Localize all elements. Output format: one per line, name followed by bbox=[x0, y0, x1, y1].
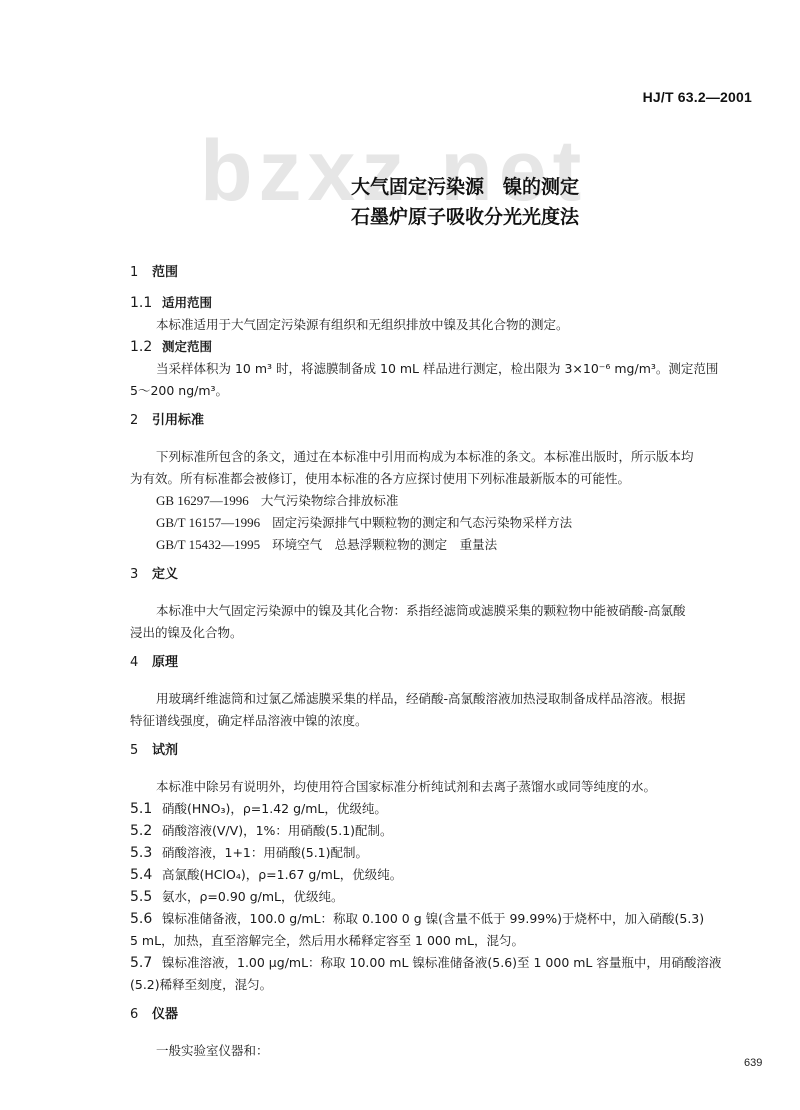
reagent-item: 5.3硝酸溶液，1+1：用硝酸(5.1)配制。 bbox=[130, 842, 770, 864]
reagent-item: 5.5氨水，ρ=0.90 g/mL，优级纯。 bbox=[130, 886, 770, 908]
section-1-2-heading: 1.2测定范围 bbox=[130, 336, 770, 358]
section-3-heading: 3定义 bbox=[130, 564, 770, 586]
standard-code: HJ/T 63.2—2001 bbox=[643, 89, 752, 105]
section-4-text-line1: 用玻璃纤维滤筒和过氯乙烯滤膜采集的样品，经硝酸-高氯酸溶液加热浸取制备成样品溶液… bbox=[130, 688, 770, 710]
reagent-item-continuation: 5 mL，加热，直至溶解完全，然后用水稀释定容至 1 000 mL，混匀。 bbox=[130, 930, 770, 952]
reagent-item-continuation: (5.2)稀释至刻度，混匀。 bbox=[130, 974, 770, 996]
section-1-1-text: 本标准适用于大气固定污染源有组织和无组织排放中镍及其化合物的测定。 bbox=[130, 314, 770, 336]
title-line-1: 大气固定污染源 镍的测定 bbox=[0, 172, 800, 202]
reagent-item: 5.2硝酸溶液(V/V)，1%：用硝酸(5.1)配制。 bbox=[130, 820, 770, 842]
section-6-text: 一般实验室仪器和： bbox=[130, 1040, 770, 1062]
section-4-heading: 4原理 bbox=[130, 652, 770, 674]
reference-item: GB 16297—1996大气污染物综合排放标准 bbox=[130, 490, 770, 512]
reagent-item: 5.6镍标准储备液，100.0 g/mL：称取 0.100 0 g 镍(含量不低… bbox=[130, 908, 770, 930]
section-2-text-line2: 为有效。所有标准都会被修订，使用本标准的各方应探讨使用下列标准最新版本的可能性。 bbox=[130, 468, 770, 490]
section-4-text-line2: 特征谱线强度，确定样品溶液中镍的浓度。 bbox=[130, 710, 770, 732]
section-6-heading: 6仪器 bbox=[130, 1004, 770, 1026]
section-3-text-line2: 浸出的镍及化合物。 bbox=[130, 622, 770, 644]
document-title: 大气固定污染源 镍的测定 石墨炉原子吸收分光光度法 bbox=[0, 172, 800, 232]
section-1-2-text-line1: 当采样体积为 10 m³ 时，将滤膜制备成 10 mL 样品进行测定，检出限为 … bbox=[130, 358, 770, 380]
section-5-heading: 5试剂 bbox=[130, 740, 770, 762]
section-1-2-text-line2: 5～200 ng/m³。 bbox=[130, 380, 770, 402]
reagent-item: 5.7镍标准溶液，1.00 μg/mL：称取 10.00 mL 镍标准储备液(5… bbox=[130, 952, 770, 974]
section-1-1-heading: 1.1适用范围 bbox=[130, 292, 770, 314]
section-5-intro: 本标准中除另有说明外，均使用符合国家标准分析纯试剂和去离子蒸馏水或同等纯度的水。 bbox=[130, 776, 770, 798]
section-3-text-line1: 本标准中大气固定污染源中的镍及其化合物：系指经滤筒或滤膜采集的颗粒物中能被硝酸-… bbox=[130, 600, 770, 622]
section-1-heading: 1范围 bbox=[130, 262, 770, 284]
reagent-item: 5.4高氯酸(HClO₄)，ρ=1.67 g/mL，优级纯。 bbox=[130, 864, 770, 886]
reagent-item: 5.1硝酸(HNO₃)，ρ=1.42 g/mL，优级纯。 bbox=[130, 798, 770, 820]
title-line-2: 石墨炉原子吸收分光光度法 bbox=[0, 202, 800, 232]
section-2-heading: 2引用标准 bbox=[130, 410, 770, 432]
document-body: 1范围 1.1适用范围 本标准适用于大气固定污染源有组织和无组织排放中镍及其化合… bbox=[130, 262, 770, 1062]
section-2-text-line1: 下列标准所包含的条文，通过在本标准中引用而构成为本标准的条文。本标准出版时，所示… bbox=[130, 446, 770, 468]
reference-item: GB/T 15432—1995环境空气 总悬浮颗粒物的测定 重量法 bbox=[130, 534, 770, 556]
reference-item: GB/T 16157—1996固定污染源排气中颗粒物的测定和气态污染物采样方法 bbox=[130, 512, 770, 534]
